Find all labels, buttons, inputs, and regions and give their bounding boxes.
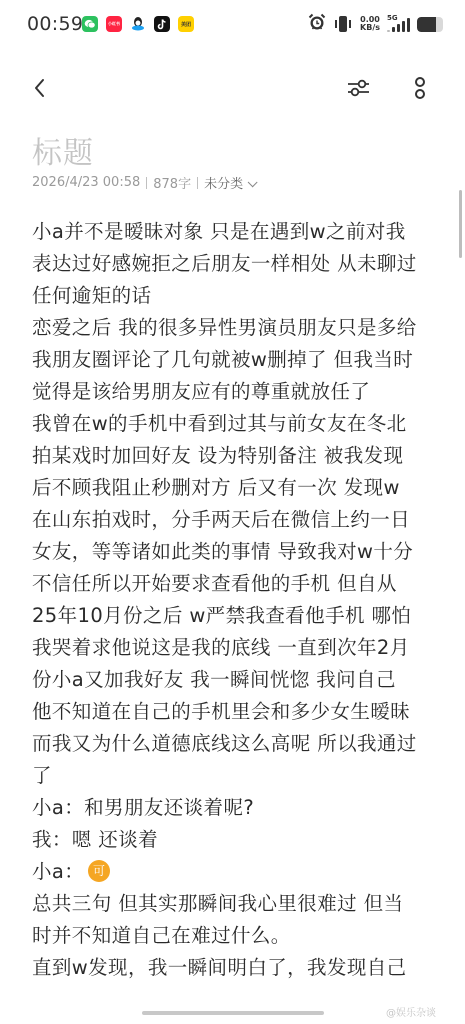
qq-icon: [130, 16, 146, 32]
tiktok-icon: [154, 16, 170, 32]
meta-divider: [197, 177, 198, 189]
note-toolbar: [0, 62, 465, 114]
body-line: 觉得是该给男朋友应有的尊重就放任了: [32, 376, 442, 408]
alarm-icon: [308, 13, 326, 35]
body-line-with-emoji: 小a：可: [32, 856, 442, 888]
note-title[interactable]: 标题: [32, 128, 94, 172]
body-line: 了: [32, 760, 442, 792]
notification-app-icons: 小红书 美团: [82, 16, 194, 32]
status-bar: 00:59 小红书 美团 0.00 KB/s 5G: [0, 0, 465, 50]
body-line: 总共三句 但其实那瞬间我心里很难过 但当: [32, 888, 442, 920]
sliders-icon: [345, 76, 373, 100]
network-speed: 0.00 KB/s: [360, 16, 380, 32]
body-line: 我哭着求他说这是我的底线 一直到次年2月: [32, 632, 442, 664]
body-line: 时并不知道自己在难过什么。: [32, 920, 442, 952]
note-meta: 2026/4/23 00:58 878字 未分类: [32, 173, 254, 192]
body-line: 拍某戏时加回好友 设为特别备注 被我发现: [32, 440, 442, 472]
format-settings-button[interactable]: [345, 76, 373, 100]
watermark: @娱乐杂谈: [386, 1004, 436, 1019]
more-options-button[interactable]: [410, 74, 430, 102]
note-body[interactable]: 小a并不是暧昧对象 只是在遇到w之前对我 表达过好感婉拒之后朋友一样相处 从未聊…: [32, 216, 442, 984]
chevron-left-icon: [28, 76, 52, 100]
meituan-icon: 美团: [178, 16, 194, 32]
home-indicator[interactable]: [142, 1011, 324, 1015]
signal-icon: 5G: [387, 16, 410, 32]
body-line: 25年10月份之后 w严禁我查看他手机 哪怕: [32, 600, 442, 632]
network-speed-unit: KB/s: [360, 24, 380, 32]
body-line: 他不知道在自己的手机里会和多少女生暧昧: [32, 696, 442, 728]
ke-emoji-icon: 可: [88, 860, 110, 882]
more-vertical-icon: [410, 74, 430, 102]
chevron-down-icon: [248, 177, 258, 187]
vibrate-icon: [333, 16, 353, 32]
status-time: 00:59: [27, 13, 83, 35]
note-date: 2026/4/23 00:58: [32, 175, 140, 190]
meta-divider: [146, 177, 147, 189]
meituan-label: 美团: [181, 21, 191, 28]
body-line: 我朋友圈评论了几句就被w删掉了 但我当时: [32, 344, 442, 376]
xiaohongshu-icon: 小红书: [106, 16, 122, 32]
note-category-dropdown[interactable]: 未分类: [204, 173, 254, 192]
note-word-count: 878字: [153, 173, 191, 192]
body-line: 在山东拍戏时，分手两天后在微信上约一日: [32, 504, 442, 536]
speaker-label: 小a：: [32, 860, 84, 883]
body-line: 我曾在w的手机中看到过其与前女友在冬北: [32, 408, 442, 440]
body-line: 直到w发现，我一瞬间明白了，我发现自己: [32, 952, 442, 984]
xiaohongshu-label: 小红书: [108, 21, 120, 27]
body-line: 小a并不是暧昧对象 只是在遇到w之前对我: [32, 216, 442, 248]
body-line: 恋爱之后 我的很多异性男演员朋友只是多给: [32, 312, 442, 344]
body-line: 我：嗯 还谈着: [32, 824, 442, 856]
network-type: 5G: [387, 14, 398, 22]
body-line: 任何逾矩的话: [32, 280, 442, 312]
scrollbar[interactable]: [459, 190, 462, 258]
note-category: 未分类: [204, 177, 243, 192]
body-line: 后不顾我阻止秒删对方 后又有一次 发现w: [32, 472, 442, 504]
status-indicators: 0.00 KB/s 5G: [308, 13, 443, 35]
body-line: 不信任所以开始要求查看他的手机 但自从: [32, 568, 442, 600]
back-button[interactable]: [28, 76, 52, 100]
body-line: 女友，等等诸如此类的事情 导致我对w十分: [32, 536, 442, 568]
battery-icon: [417, 17, 443, 32]
body-line: 表达过好感婉拒之后朋友一样相处 从未聊过: [32, 248, 442, 280]
body-line: 而我又为什么道德底线这么高呢 所以我通过: [32, 728, 442, 760]
wechat-icon: [82, 16, 98, 32]
body-line: 份小a又加我好友 我一瞬间恍惚 我问自己: [32, 664, 442, 696]
body-line: 小a：和男朋友还谈着呢?: [32, 792, 442, 824]
